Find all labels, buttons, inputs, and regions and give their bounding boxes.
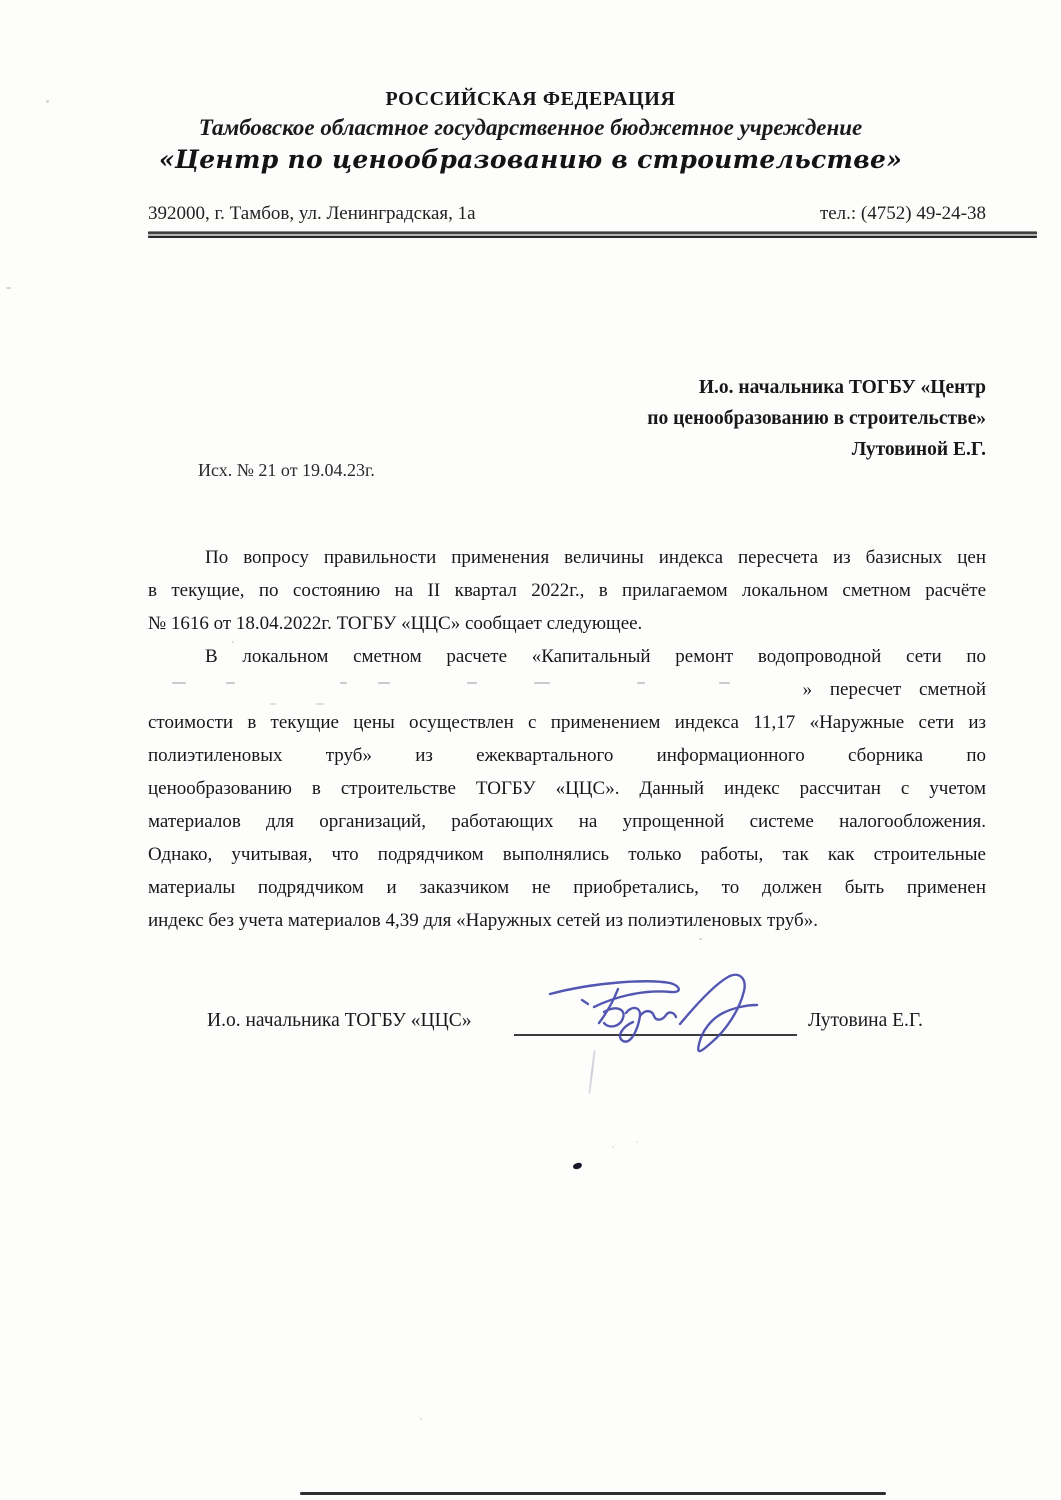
body-line: материалов для организаций, работающих н… [148,805,986,838]
signature-name: Лутовина Е.Г. [808,1010,923,1032]
scan-speck [420,1418,422,1420]
handwritten-signature [520,972,780,1092]
letterhead-contact-row: 392000, г. Тамбов, ул. Ленинградская, 1а… [148,203,986,225]
ink-blot-mark [572,1162,582,1170]
scan-speck [636,1141,638,1143]
scan-speck [699,938,702,940]
scan-speck [612,1146,614,1148]
body-line: ценообразованию в строительстве ТОГБУ «Ц… [148,772,986,805]
letterhead-org-name: «Центр по ценообразованию в строительств… [0,145,1061,174]
body-line: № 1616 от 18.04.2022г. ТОГБУ «ЦЦС» сообщ… [148,607,986,640]
letter-body: По вопросу правильности применения велич… [148,541,986,937]
erased-text-remnant [719,682,730,684]
erased-text-remnant [378,682,390,684]
body-line: полиэтиленовых труб» из ежеквартального … [148,739,986,772]
redacted-line-tail: » пересчет сметной [803,673,986,706]
body-line: в текущие, по состоянию на II квартал 20… [148,574,986,607]
body-line: По вопросу правильности применения велич… [148,541,986,574]
scanned-letter-page: РОССИЙСКАЯ ФЕДЕРАЦИЯ Тамбовское областно… [0,0,1061,1500]
scan-bottom-edge-mark [300,1492,886,1495]
scan-speck [232,641,234,643]
letterhead-phone: тел.: (4752) 49-24-38 [820,203,986,225]
body-line: В локальном сметном расчете «Капитальный… [148,640,986,673]
recipient-line-3: Лутовиной Е.Г. [647,434,986,465]
recipient-block: И.о. начальника ТОГБУ «Центр по ценообра… [647,372,986,465]
erased-text-remnant [340,682,347,684]
letterhead-divider-rule [148,231,1037,238]
recipient-line-2: по ценообразованию в строительстве» [647,403,986,434]
outgoing-reference: Исх. № 21 от 19.04.23г. [198,460,375,481]
signature-title: И.о. начальника ТОГБУ «ЦЦС» [207,1010,471,1032]
erased-text-remnant [270,703,276,705]
letterhead-country: РОССИЙСКАЯ ФЕДЕРАЦИЯ [0,88,1061,111]
scan-speck [46,100,49,103]
erased-text-remnant [467,682,477,684]
erased-text-remnant [534,682,550,684]
body-line: Однако, учитывая, что подрядчиком выполн… [148,838,986,871]
scan-speck [6,287,11,289]
body-line: стоимости в текущие цены осуществлен с п… [148,706,986,739]
letterhead-address: 392000, г. Тамбов, ул. Ленинградская, 1а [148,203,476,225]
body-line: материалы подрядчиком и заказчиком не пр… [148,871,986,904]
letterhead-org-type: Тамбовское областное государственное бюд… [0,115,1061,141]
erased-text-remnant [226,682,235,684]
erased-text-remnant [637,682,645,684]
redacted-address-line: » пересчет сметной [148,673,986,706]
recipient-line-1: И.о. начальника ТОГБУ «Центр [647,372,986,403]
body-line: индекс без учета материалов 4,39 для «На… [148,904,986,937]
erased-text-remnant [172,682,186,684]
erased-text-remnant [316,703,324,705]
